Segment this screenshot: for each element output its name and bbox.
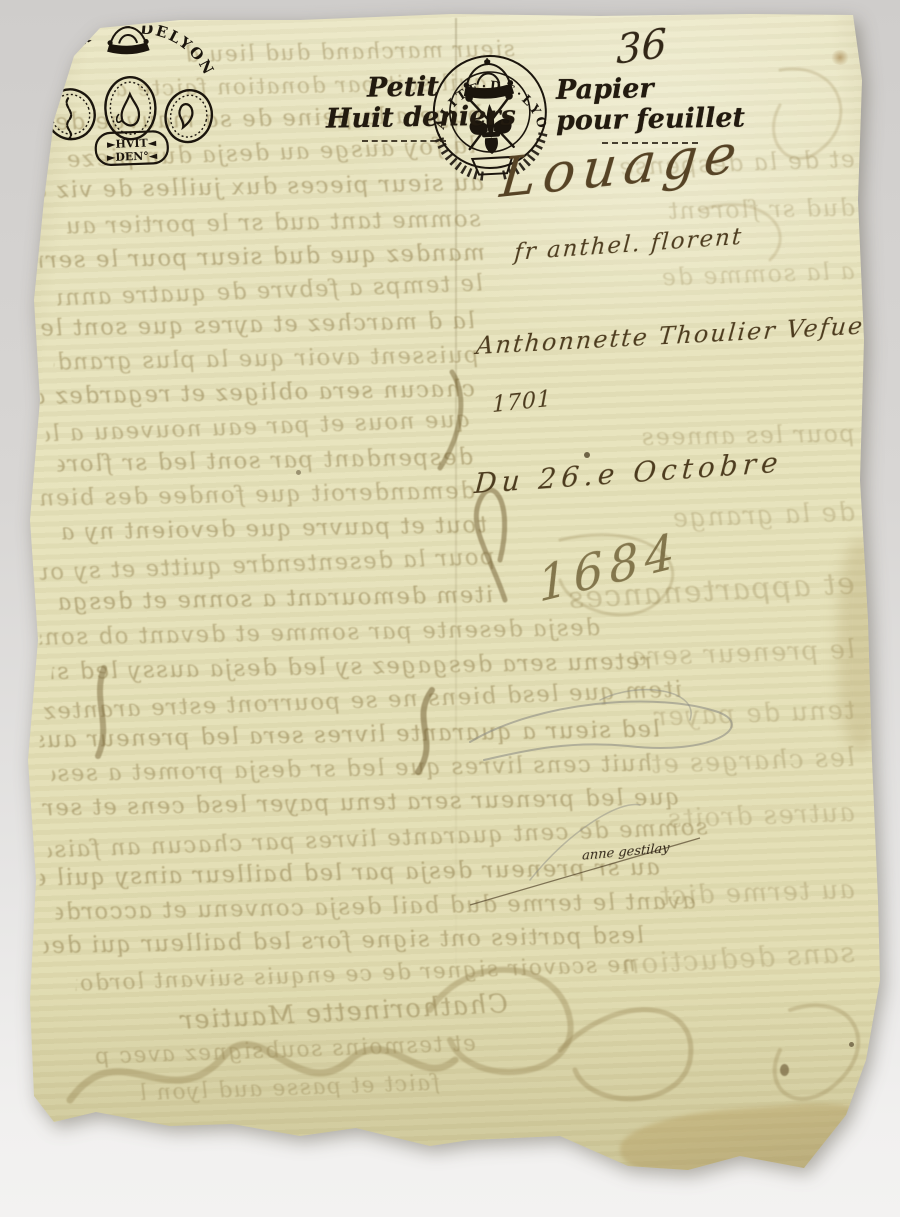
- paper-wrap: sieur marchand dud lieu dequil soit par …: [0, 0, 900, 1217]
- printed-huit-deniers: Huit deniers: [326, 100, 516, 134]
- manuscript-paper-sheet: sieur marchand dud lieu dequil soit par …: [0, 0, 900, 1217]
- svg-text:GENER: GENER: [40, 27, 97, 96]
- ink-speck: [780, 1064, 789, 1076]
- photo-backdrop: sieur marchand dud lieu dequil soit par …: [0, 0, 900, 1217]
- ink-speck: [584, 452, 590, 458]
- folio-number: 36: [616, 20, 666, 74]
- ink-speck: [849, 1042, 854, 1047]
- printed-papier: Papier: [556, 73, 654, 106]
- printed-petit: Petit: [367, 71, 439, 103]
- edge-discoloration: [838, 540, 884, 750]
- tax-stamp-huit-deniers: GENER DELYON ►HVIT◄ ►DEN°◄: [40, 23, 231, 171]
- stamp-arc-text-right: DELYON: [139, 23, 219, 81]
- ink-stain: [830, 50, 850, 65]
- ink-speck: [296, 470, 301, 475]
- svg-text:DELYON: DELYON: [139, 23, 219, 81]
- stamp-banner-line2: ►DEN°◄: [107, 149, 158, 164]
- stamp-arc-text-left: GENER: [40, 27, 97, 96]
- underline-dashes: [362, 140, 446, 142]
